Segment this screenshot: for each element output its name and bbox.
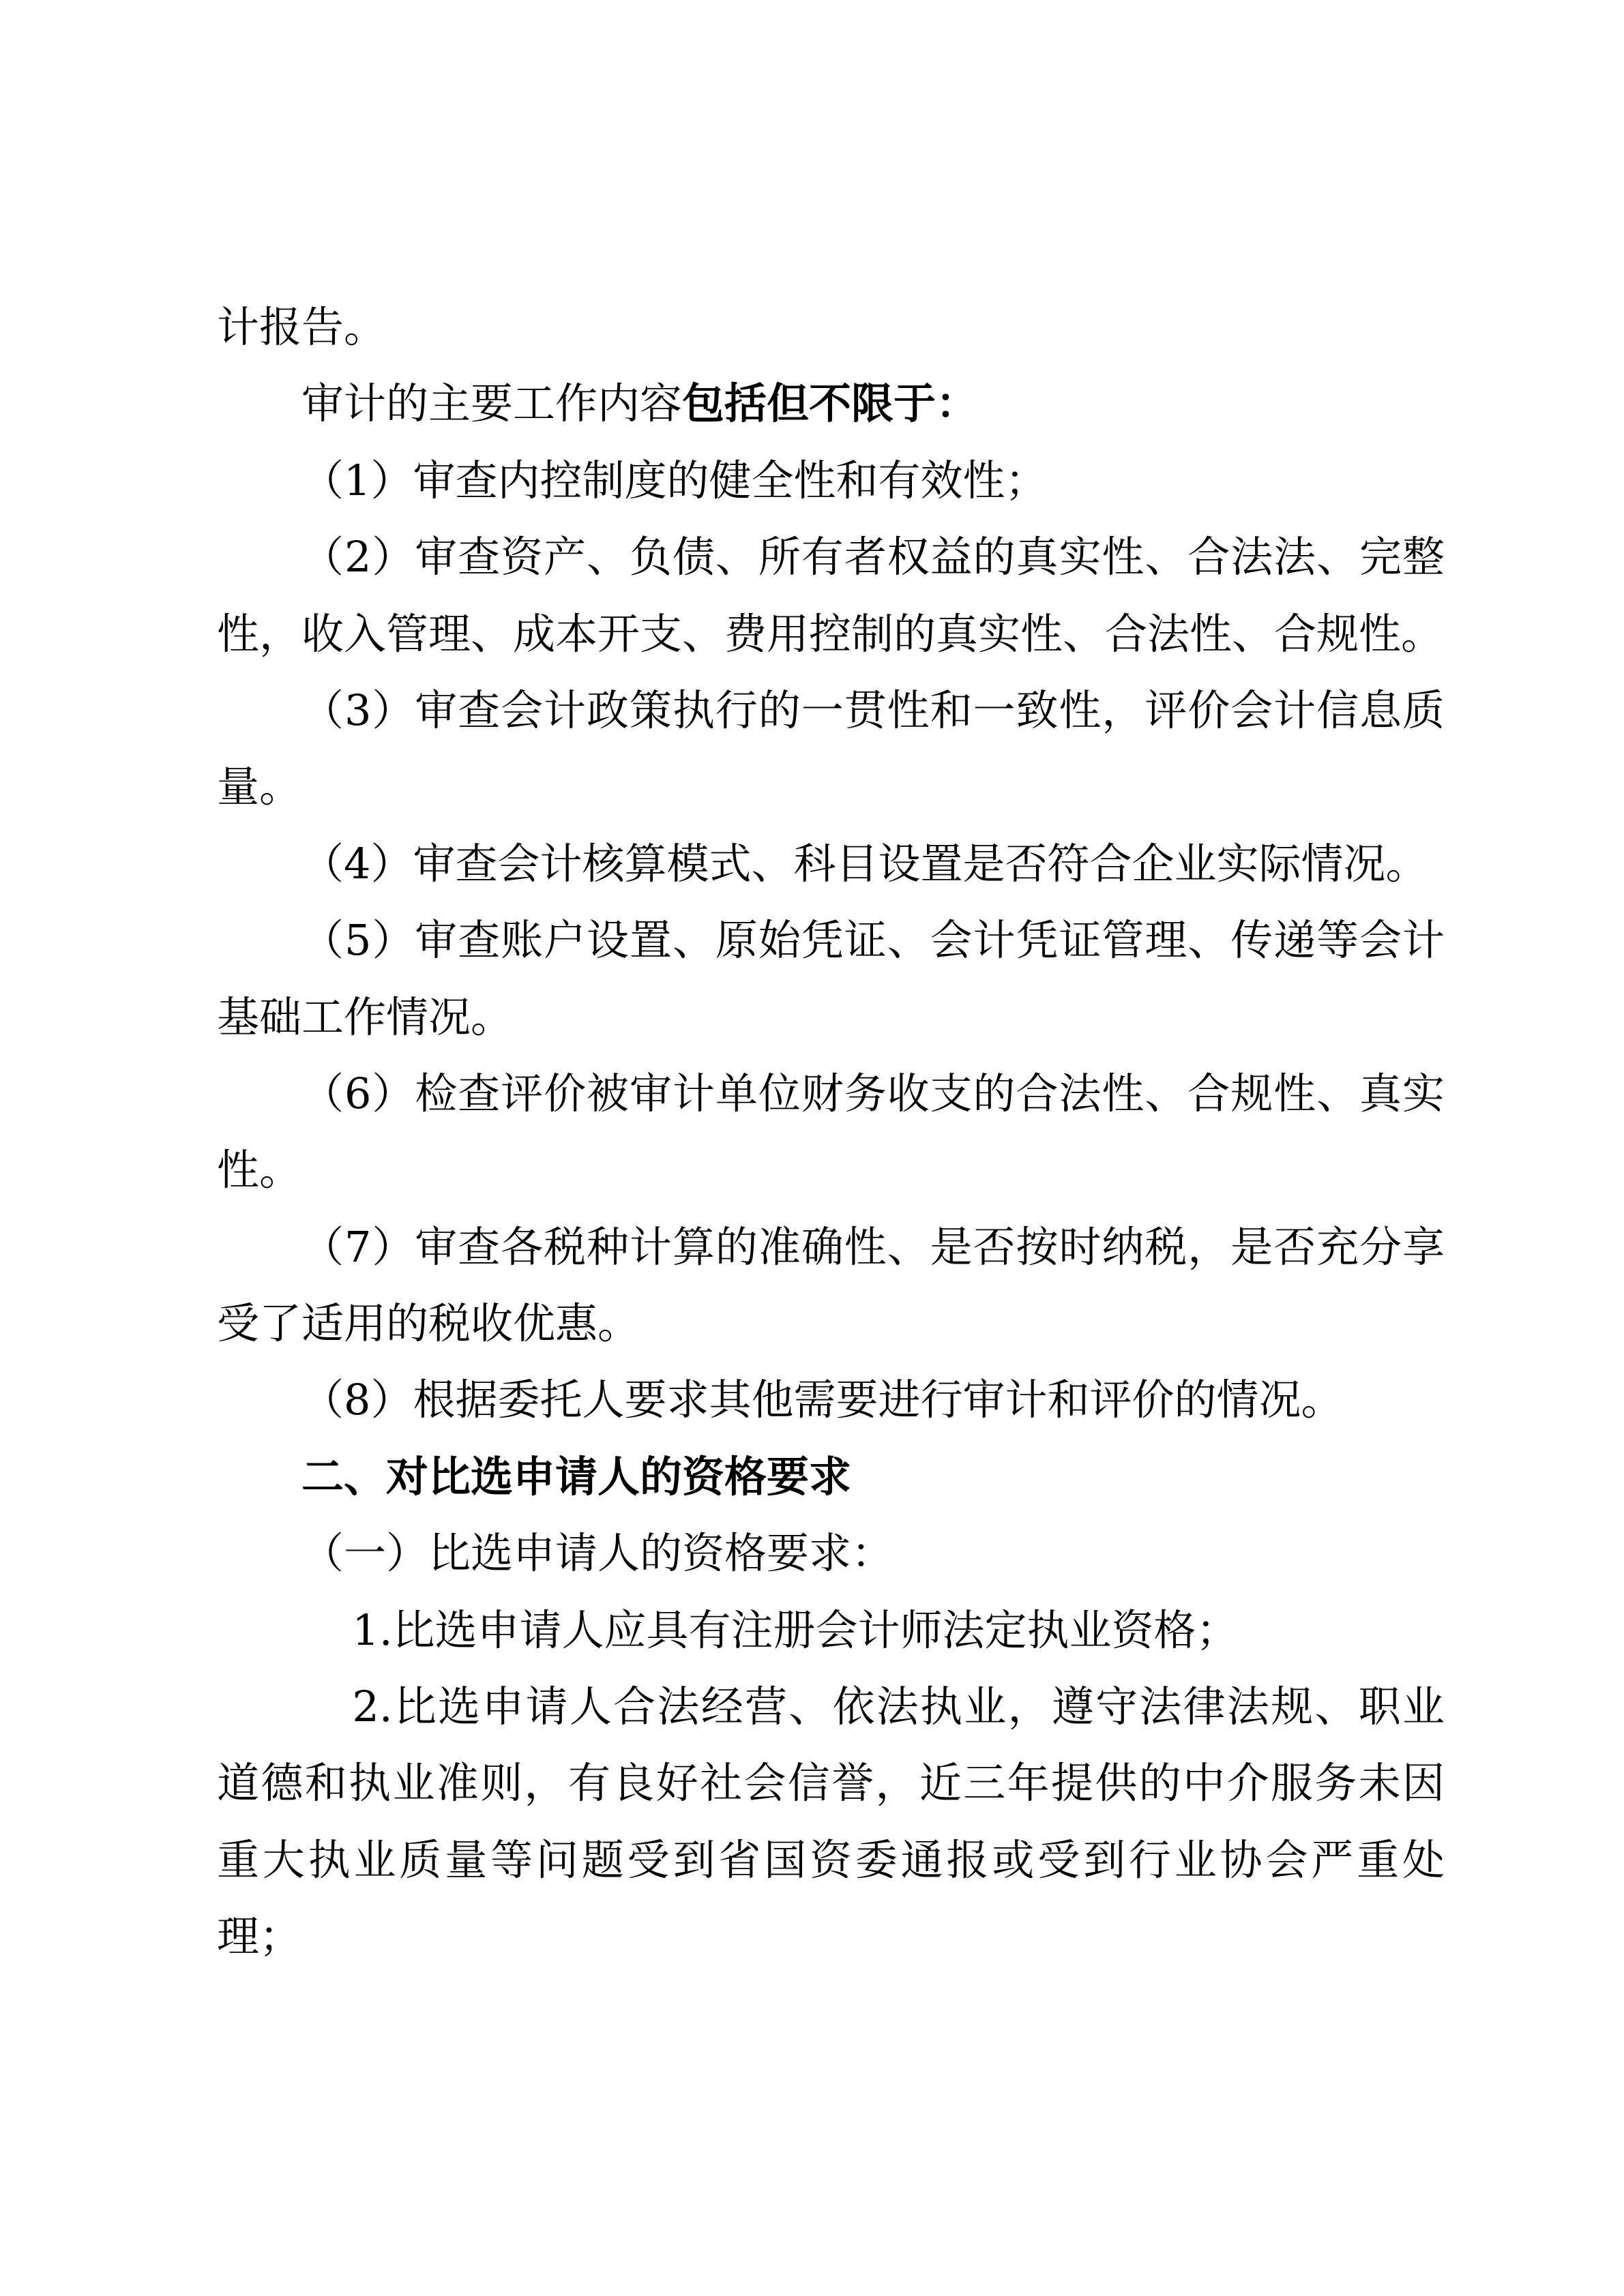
- document-line: 性。: [217, 1132, 1445, 1208]
- text-run: 计报告。: [217, 302, 386, 352]
- document-line: 量。: [217, 749, 1445, 825]
- document-line: 计报告。: [217, 289, 1445, 366]
- text-run: （8）根据委托人要求其他需要进行审计和评价的情况。: [301, 1375, 1343, 1425]
- document-line: 1.比选申请人应具有注册会计师法定执业资格；: [217, 1592, 1445, 1669]
- text-run: 基础工作情况。: [217, 992, 513, 1042]
- text-run: （5）审查账户设置、原始凭证、会计凭证管理、传递等会计: [301, 915, 1445, 965]
- text-run: 道德和执业准则，有良好社会信誉，近三年提供的中介服务未因: [217, 1758, 1445, 1808]
- text-run: 审计的主要工作内容: [301, 378, 682, 428]
- document-line: （8）根据委托人要求其他需要进行审计和评价的情况。: [217, 1362, 1445, 1438]
- section-heading: 二、对比选申请人的资格要求: [217, 1439, 1445, 1515]
- text-run: 二、对比选申请人的资格要求: [301, 1452, 851, 1502]
- document-line: 重大执业质量等问题受到省国资委通报或受到行业协会严重处: [217, 1822, 1445, 1898]
- document-line: 基础工作情况。: [217, 979, 1445, 1056]
- document-line: 受了适用的税收优惠。: [217, 1285, 1445, 1362]
- text-run: （2）审查资产、负债、所有者权益的真实性、合法法、完整: [301, 532, 1445, 582]
- document-page: 计报告。审计的主要工作内容包括但不限于：（1）审查内控制度的健全性和有效性；（2…: [0, 0, 1624, 2296]
- document-line: （4）审查会计核算模式、科目设置是否符合企业实际情况。: [217, 826, 1445, 902]
- text-run: （一）比选申请人的资格要求：: [301, 1528, 894, 1578]
- document-line: 道德和执业准则，有良好社会信誉，近三年提供的中介服务未因: [217, 1745, 1445, 1821]
- document-line: （5）审查账户设置、原始凭证、会计凭证管理、传递等会计: [217, 902, 1445, 979]
- document-line: 理；: [217, 1898, 1445, 1975]
- text-run: （3）审查会计政策执行的一贯性和一致性，评价会计信息质: [301, 685, 1445, 735]
- text-run: 理；: [217, 1911, 301, 1961]
- text-run: 2.比选申请人合法经营、依法执业，遵守法律法规、职业: [352, 1682, 1445, 1731]
- document-line: （2）审查资产、负债、所有者权益的真实性、合法法、完整: [217, 519, 1445, 595]
- document-line: （1）审查内控制度的健全性和有效性；: [217, 443, 1445, 519]
- text-run: 性。: [217, 1145, 301, 1195]
- document-line: （6）检查评价被审计单位财务收支的合法性、合规性、真实: [217, 1056, 1445, 1132]
- text-run: （1）审查内控制度的健全性和有效性；: [301, 456, 1047, 505]
- document-line: （7）审查各税种计算的准确性、是否按时纳税，是否充分享: [217, 1209, 1445, 1285]
- emphasis-text: 包括但不限于：: [682, 378, 978, 428]
- document-line: 性，收入管理、成本开支、费用控制的真实性、合法性、合规性。: [217, 596, 1445, 672]
- text-run: 量。: [217, 762, 301, 811]
- document-line: （3）审查会计政策执行的一贯性和一致性，评价会计信息质: [217, 672, 1445, 749]
- text-run: （7）审查各税种计算的准确性、是否按时纳税，是否充分享: [301, 1222, 1445, 1272]
- text-block: 计报告。审计的主要工作内容包括但不限于：（1）审查内控制度的健全性和有效性；（2…: [217, 289, 1445, 1976]
- text-run: 性，收入管理、成本开支、费用控制的真实性、合法性、合规性。: [217, 609, 1443, 659]
- text-run: （6）检查评价被审计单位财务收支的合法性、合规性、真实: [301, 1069, 1445, 1118]
- text-run: 受了适用的税收优惠。: [217, 1298, 640, 1348]
- text-run: 重大执业质量等问题受到省国资委通报或受到行业协会严重处: [217, 1835, 1445, 1885]
- text-run: 1.比选申请人应具有注册会计师法定执业资格；: [352, 1605, 1238, 1655]
- document-line: （一）比选申请人的资格要求：: [217, 1515, 1445, 1592]
- text-run: （4）审查会计核算模式、科目设置是否符合企业实际情况。: [301, 839, 1428, 889]
- document-line: 2.比选申请人合法经营、依法执业，遵守法律法规、职业: [217, 1669, 1445, 1745]
- document-line: 审计的主要工作内容包括但不限于：: [217, 366, 1445, 442]
